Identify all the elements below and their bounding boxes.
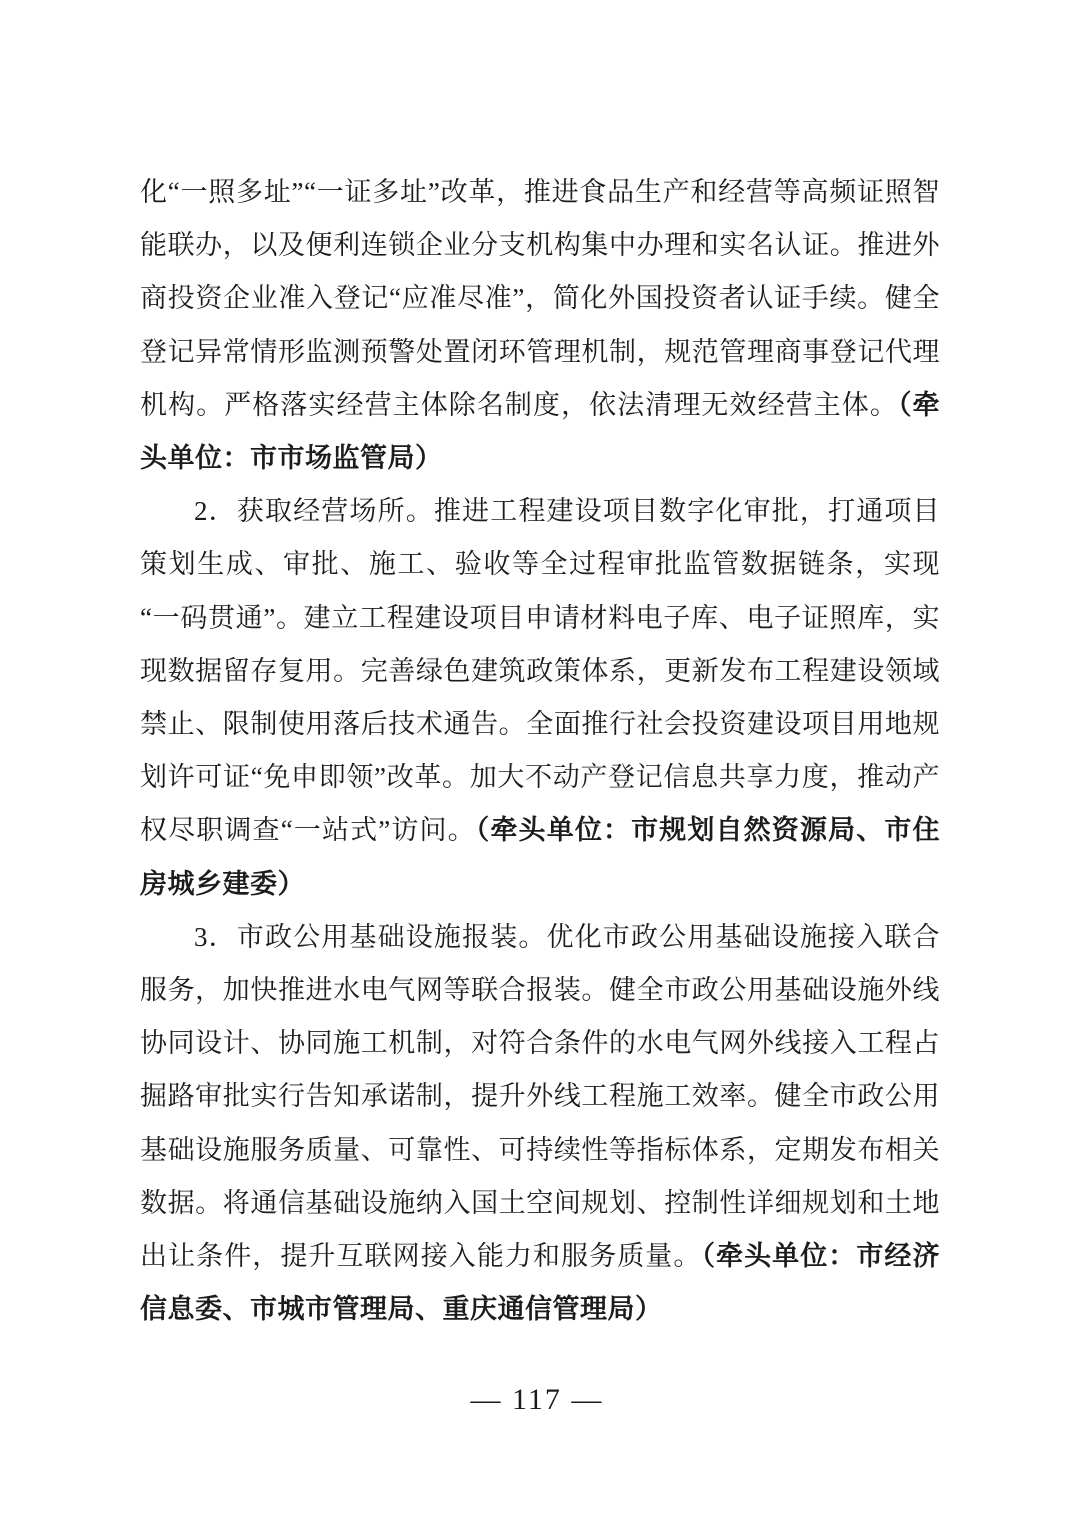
item-number-title: 3．市政公用基础设施报装。 <box>194 922 547 952</box>
paragraph-item-3: 3．市政公用基础设施报装。优化市政公用基础设施接入联合服务，加快推进水电气网等联… <box>140 911 940 1337</box>
paragraph-continuation: 化“一照多址”“一证多址”改革，推进食品生产和经营等高频证照智能联办，以及便利连… <box>140 166 940 485</box>
paragraph-body-text: 化“一照多址”“一证多址”改革，推进食品生产和经营等高频证照智能联办，以及便利连… <box>140 177 940 420</box>
document-body: 化“一照多址”“一证多址”改革，推进食品生产和经营等高频证照智能联办，以及便利连… <box>140 166 940 1336</box>
page-number: — 117 — <box>0 1383 1074 1417</box>
paragraph-item-2: 2．获取经营场所。推进工程建设项目数字化审批，打通项目策划生成、审批、施工、验收… <box>140 485 940 911</box>
paragraph-body-text: 优化市政公用基础设施接入联合服务，加快推进水电气网等联合报装。健全市政公用基础设… <box>140 922 940 1271</box>
item-number-title: 2．获取经营场所。 <box>194 496 434 526</box>
paragraph-body-text: 推进工程建设项目数字化审批，打通项目策划生成、审批、施工、验收等全过程审批监管数… <box>140 496 940 845</box>
document-page: 化“一照多址”“一证多址”改革，推进食品生产和经营等高频证照智能联办，以及便利连… <box>0 0 1074 1520</box>
